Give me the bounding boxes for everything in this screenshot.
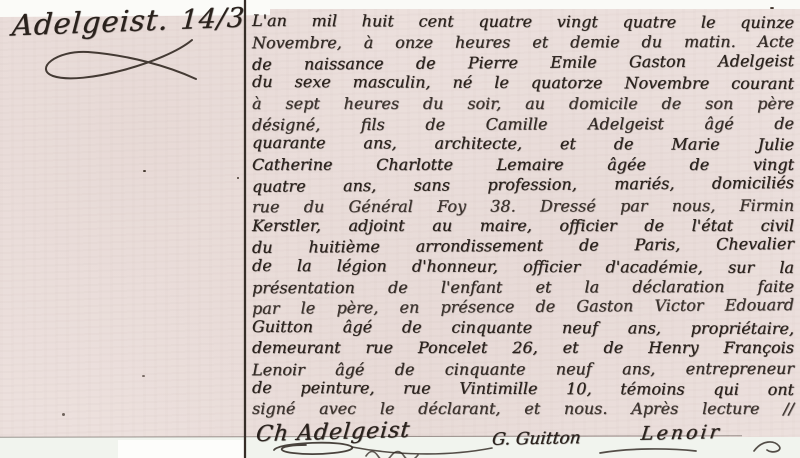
- manuscript-line: quarante ans, architecte, et de Marie Ju…: [252, 133, 794, 155]
- manuscript-line: L'an mil huit cent quatre vingt quatre l…: [252, 11, 794, 33]
- manuscript-line: de la légion d'honneur, officier d'acadé…: [252, 256, 794, 278]
- signature-guitton-flourish: [598, 446, 698, 456]
- manuscript-line: du huitième arrondissement de Paris, Che…: [252, 234, 794, 258]
- manuscript-line: rue du Général Foy 38. Dressé par nous, …: [252, 195, 794, 217]
- act-body-text: L'an mil huit cent quatre vingt quatre l…: [252, 12, 794, 420]
- margin-vertical-rule: [244, 0, 246, 458]
- manuscript-line: Lenoir âgé de cinquante neuf ans, entrep…: [252, 359, 794, 381]
- scan-speckle: [237, 177, 239, 179]
- signature-adelgeist-flourish: [262, 440, 494, 458]
- scan-speckle: [143, 170, 146, 172]
- manuscript-line: du sexe masculin, né le quatorze Novembr…: [252, 72, 794, 94]
- manuscript-line: par le père, en présence de Gaston Victo…: [252, 296, 794, 320]
- scan-speckle: [62, 413, 65, 416]
- margin-flourish-stroke: [36, 36, 204, 86]
- manuscript-line: Kerstler, adjoint au maire, officier de …: [252, 216, 794, 236]
- scanned-birth-register-page: Adelgeist.14/3 L'an mil huit cent quatre…: [0, 0, 800, 458]
- scan-speckle: [142, 375, 145, 377]
- manuscript-line: à sept heures du soir, au domicile de so…: [252, 94, 794, 114]
- scan-edge-bottom-white-patch: [118, 440, 246, 458]
- manuscript-line: quatre ans, sans profession, mariés, dom…: [252, 173, 794, 197]
- manuscript-line: Guitton âgé de cinquante neuf ans, propr…: [252, 317, 794, 339]
- manuscript-line: demeurant rue Poncelet 26, et de Henry F…: [252, 338, 794, 358]
- scan-speckle: [770, 7, 774, 9]
- manuscript-line: signé avec le déclarant, et nous. Après …: [252, 399, 794, 419]
- signature-witness-guitton: G. Guitton: [491, 428, 582, 450]
- manuscript-line: Catherine Charlotte Lemaire âgée de ving…: [252, 155, 794, 175]
- signature-lenoir-flourish: [750, 438, 790, 456]
- margin-act-number: 14/3: [180, 2, 247, 36]
- signature-witness-lenoir: Lenoir: [640, 421, 723, 445]
- manuscript-line: de peinture, rue Vintimille 10, témoins …: [252, 378, 794, 400]
